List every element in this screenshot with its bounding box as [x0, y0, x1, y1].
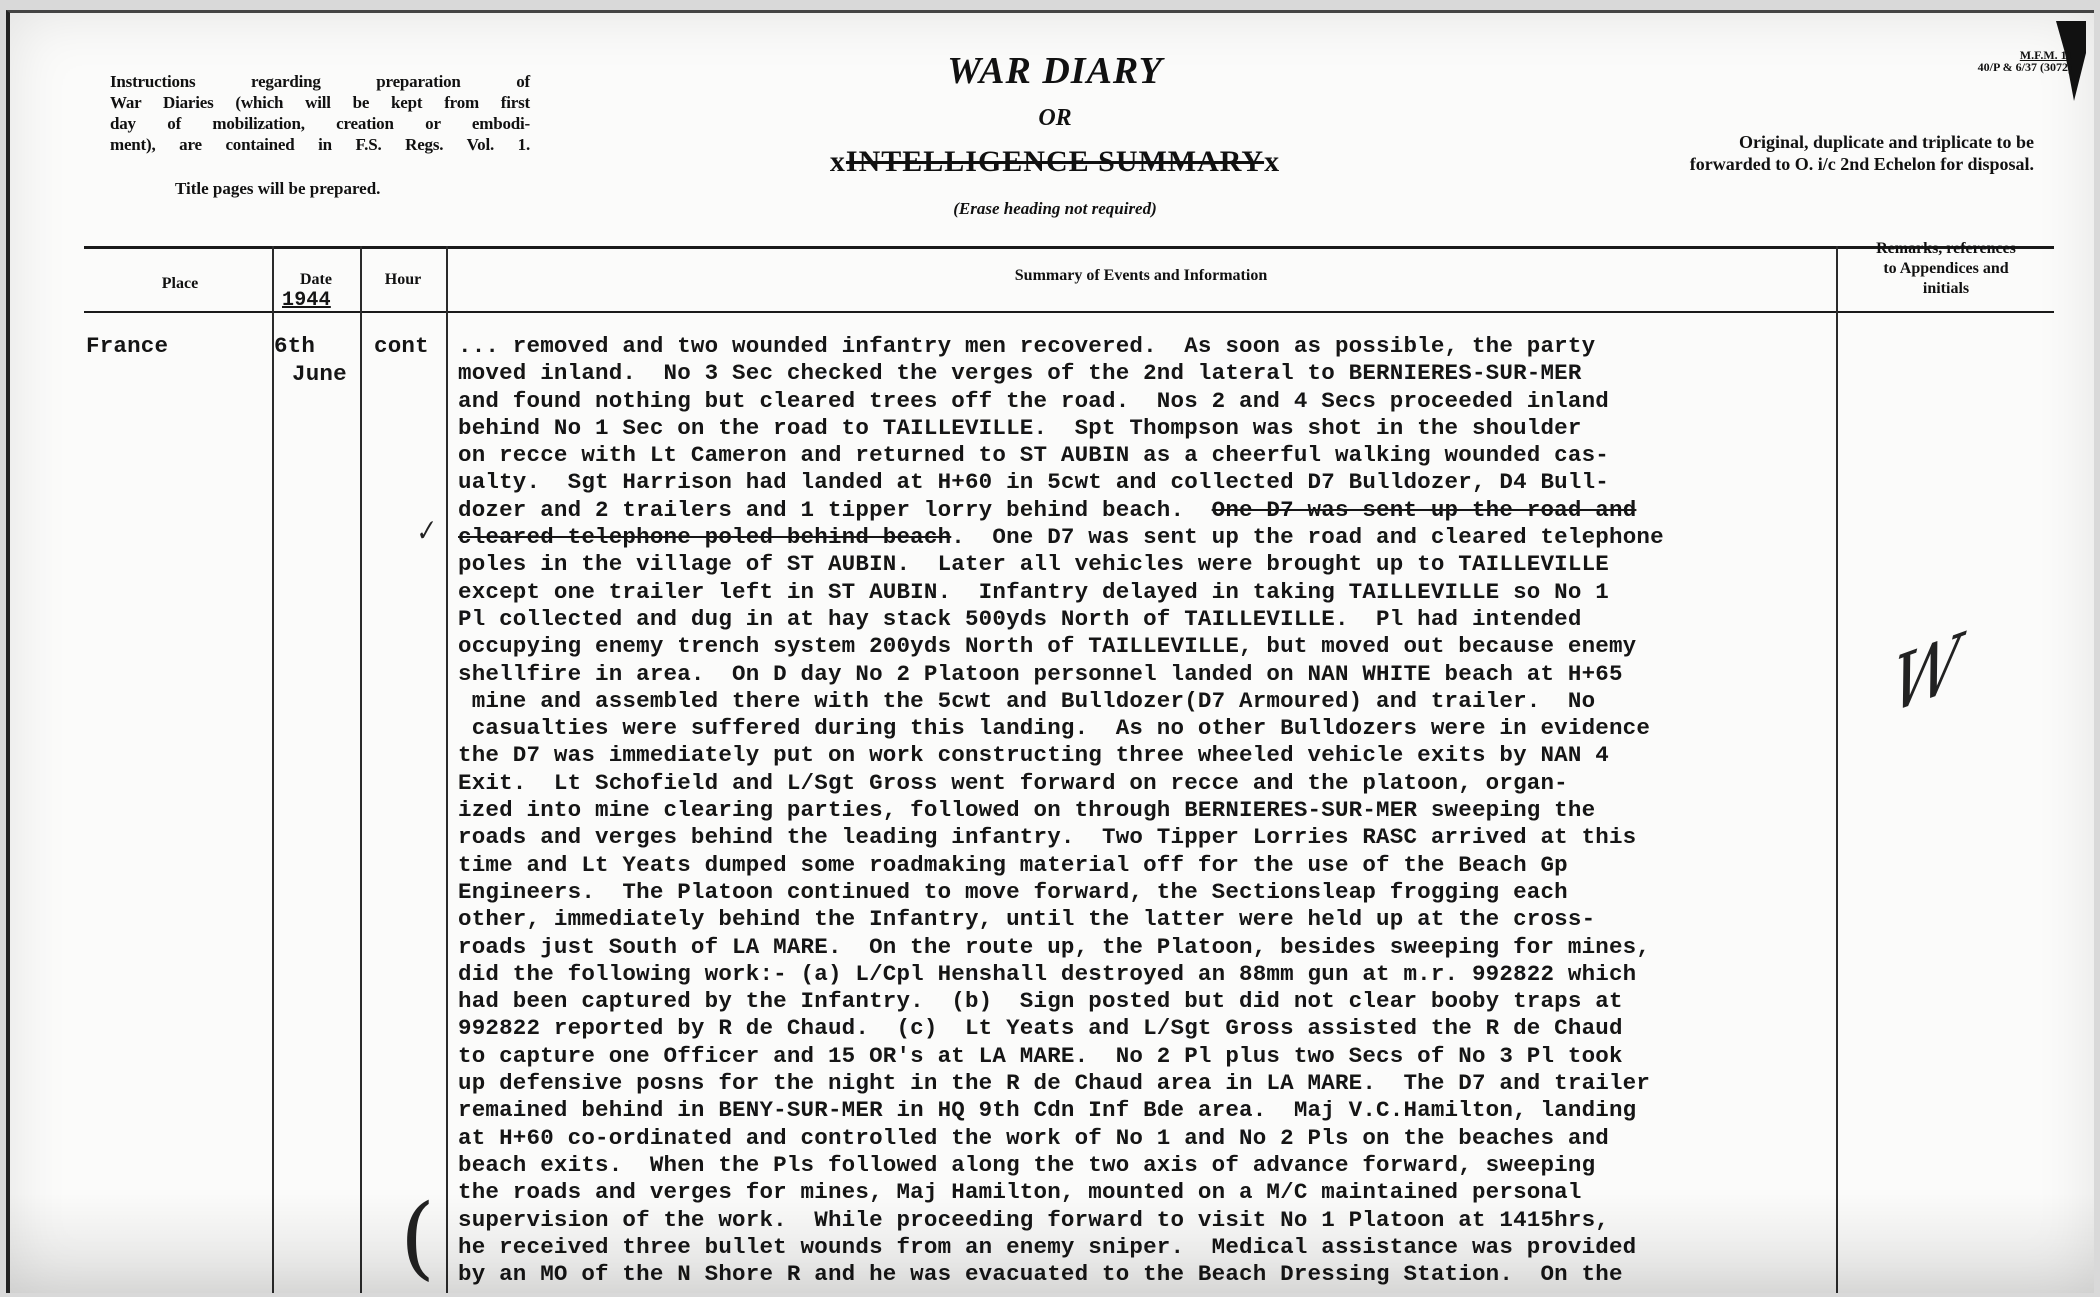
distribution-note: Original, duplicate and triplicate to be…	[1554, 131, 2034, 175]
summary-text: shellfire in area. On D day No 2 Platoon…	[458, 661, 1623, 687]
page-title: WAR DIARY	[10, 49, 2100, 93]
summary-line: Engineers. The Platoon continued to move…	[458, 879, 1958, 906]
col-divider-place-date	[272, 246, 274, 1293]
summary-text: had been captured by the Infantry. (b) S…	[458, 988, 1623, 1014]
summary-line: the D7 was immediately put on work const…	[458, 742, 1958, 769]
summary-text: other, immediately behind the Infantry, …	[458, 906, 1595, 932]
remarks-header-line: to Appendices and	[1838, 259, 2054, 279]
summary-text: poles in the village of ST AUBIN. Later …	[458, 551, 1609, 577]
form-reference: M.F.M. 11 40/P & 6/37 (3072)	[1978, 49, 2072, 73]
summary-line: time and Lt Yeats dumped some roadmaking…	[458, 852, 1958, 879]
summary-line: supervision of the work. While proceedin…	[458, 1207, 1958, 1234]
column-header-date: Date	[272, 271, 360, 289]
summary-line: 992822 reported by R de Chaud. (c) Lt Ye…	[458, 1015, 1958, 1042]
summary-line: ualty. Sgt Harrison had landed at H+60 i…	[458, 469, 1958, 496]
summary-line: roads and verges behind the leading infa…	[458, 824, 1958, 851]
summary-text: remained behind in BENY-SUR-MER in HQ 9t…	[458, 1097, 1636, 1123]
summary-line: Pl collected and dug in at hay stack 500…	[458, 606, 1958, 633]
summary-line: to capture one Officer and 15 OR's at LA…	[458, 1043, 1958, 1070]
summary-text: to capture one Officer and 15 OR's at LA…	[458, 1043, 1623, 1069]
summary-text: ualty. Sgt Harrison had landed at H+60 i…	[458, 469, 1609, 495]
intel-suffix: x	[1264, 145, 1280, 178]
summary-text: dozer and 2 trailers and 1 tipper lorry …	[458, 497, 1212, 523]
summary-line: except one trailer left in ST AUBIN. Inf…	[458, 579, 1958, 606]
summary-text: roads just South of LA MARE. On the rout…	[458, 934, 1650, 960]
summary-line: and found nothing but cleared trees off …	[458, 388, 1958, 415]
summary-text: the D7 was immediately put on work const…	[458, 742, 1609, 768]
entry-hour: cont	[374, 333, 429, 359]
entry-date-month: June	[292, 361, 347, 387]
distribution-line1: Original, duplicate and triplicate to be	[1554, 131, 2034, 153]
summary-line: mine and assembled there with the 5cwt a…	[458, 688, 1958, 715]
summary-text: supervision of the work. While proceedin…	[458, 1207, 1609, 1233]
entry-place: France	[86, 333, 168, 359]
struck-text: One D7 was sent up the road and	[1212, 497, 1637, 523]
form-ref-line2: 40/P & 6/37 (3072)	[1978, 61, 2072, 73]
summary-text: ... removed and two wounded infantry men…	[458, 333, 1595, 359]
remarks-header-line: initials	[1838, 279, 2054, 299]
summary-line: behind No 1 Sec on the road to TAILLEVIL…	[458, 415, 1958, 442]
summary-text: beach exits. When the Pls followed along…	[458, 1152, 1595, 1178]
summary-text: . One D7 was sent up the road and cleare…	[951, 524, 1664, 550]
summary-line: at H+60 co-ordinated and controlled the …	[458, 1125, 1958, 1152]
distribution-line2: forwarded to O. i/c 2nd Echelon for disp…	[1554, 153, 2034, 175]
remarks-header-rule	[1836, 311, 2054, 313]
summary-line: he received three bullet wounds from an …	[458, 1234, 1958, 1261]
column-header-hour: Hour	[360, 271, 446, 289]
remarks-header-line: Remarks, references	[1838, 239, 2054, 259]
summary-line: cleared telephone poled behind beach. On…	[458, 524, 1958, 551]
summary-text: the roads and verges for mines, Maj Hami…	[458, 1179, 1582, 1205]
summary-line: on recce with Lt Cameron and returned to…	[458, 442, 1958, 469]
summary-of-events: ... removed and two wounded infantry men…	[458, 333, 1958, 1288]
intel-struck-text: INTELLIGENCE SUMMARY	[846, 145, 1264, 178]
summary-text: and found nothing but cleared trees off …	[458, 388, 1609, 414]
summary-line: had been captured by the Infantry. (b) S…	[458, 988, 1958, 1015]
summary-text: Engineers. The Platoon continued to move…	[458, 879, 1568, 905]
summary-text: did the following work:- (a) L/Cpl Hensh…	[458, 961, 1636, 987]
summary-text: by an MO of the N Shore R and he was eva…	[458, 1261, 1623, 1287]
summary-text: except one trailer left in ST AUBIN. Inf…	[458, 579, 1609, 605]
col-divider-date-hour	[360, 246, 362, 1293]
summary-line: shellfire in area. On D day No 2 Platoon…	[458, 661, 1958, 688]
summary-text: behind No 1 Sec on the road to TAILLEVIL…	[458, 415, 1582, 441]
summary-text: he received three bullet wounds from an …	[458, 1234, 1636, 1260]
summary-text: on recce with Lt Cameron and returned to…	[458, 442, 1609, 468]
summary-line: occupying enemy trench system 200yds Nor…	[458, 633, 1958, 660]
title-pages-note: Title pages will be prepared.	[175, 179, 380, 199]
hour-margin-bracket: (	[400, 1185, 435, 1290]
summary-line: other, immediately behind the Infantry, …	[458, 906, 1958, 933]
summary-line: by an MO of the N Shore R and he was eva…	[458, 1261, 1958, 1288]
summary-text: moved inland. No 3 Sec checked the verge…	[458, 360, 1582, 386]
summary-text: Exit. Lt Schofield and L/Sgt Gross went …	[458, 770, 1568, 796]
summary-line: ... removed and two wounded infantry men…	[458, 333, 1958, 360]
col-divider-hour-summary	[446, 246, 448, 1293]
summary-line: casualties were suffered during this lan…	[458, 715, 1958, 742]
summary-line: did the following work:- (a) L/Cpl Hensh…	[458, 961, 1958, 988]
summary-text: ized into mine clearing parties, followe…	[458, 797, 1595, 823]
summary-line: beach exits. When the Pls followed along…	[458, 1152, 1958, 1179]
summary-line: remained behind in BENY-SUR-MER in HQ 9t…	[458, 1097, 1958, 1124]
column-header-place: Place	[90, 275, 270, 293]
summary-text: mine and assembled there with the 5cwt a…	[458, 688, 1595, 714]
summary-line: poles in the village of ST AUBIN. Later …	[458, 551, 1958, 578]
title-or: OR	[10, 105, 2100, 132]
summary-text: 992822 reported by R de Chaud. (c) Lt Ye…	[458, 1015, 1623, 1041]
column-header-remarks: Remarks, references to Appendices and in…	[1838, 239, 2054, 299]
entry-date-day: 6th	[274, 333, 315, 359]
struck-text: cleared telephone poled behind beach	[458, 524, 951, 550]
column-header-summary: Summary of Events and Information	[446, 267, 1836, 285]
intel-prefix: x	[830, 145, 846, 178]
margin-tick-mark: ✓	[410, 515, 439, 550]
summary-line: roads just South of LA MARE. On the rout…	[458, 934, 1958, 961]
summary-text: occupying enemy trench system 200yds Nor…	[458, 633, 1636, 659]
summary-line: the roads and verges for mines, Maj Hami…	[458, 1179, 1958, 1206]
summary-text: roads and verges behind the leading infa…	[458, 824, 1636, 850]
date-year: 1944	[282, 289, 331, 312]
header-bottom-rule	[84, 311, 1844, 313]
summary-line: moved inland. No 3 Sec checked the verge…	[458, 360, 1958, 387]
war-diary-page: Instructions regarding preparation of Wa…	[6, 10, 2094, 1293]
summary-text: time and Lt Yeats dumped some roadmaking…	[458, 852, 1568, 878]
summary-text: at H+60 co-ordinated and controlled the …	[458, 1125, 1609, 1151]
summary-text: Pl collected and dug in at hay stack 500…	[458, 606, 1582, 632]
summary-line: Exit. Lt Schofield and L/Sgt Gross went …	[458, 770, 1958, 797]
summary-line: dozer and 2 trailers and 1 tipper lorry …	[458, 497, 1958, 524]
summary-line: up defensive posns for the night in the …	[458, 1070, 1958, 1097]
summary-text: up defensive posns for the night in the …	[458, 1070, 1650, 1096]
summary-text: casualties were suffered during this lan…	[458, 715, 1650, 741]
summary-line: ized into mine clearing parties, followe…	[458, 797, 1958, 824]
erase-heading-note: (Erase heading not required)	[10, 199, 2100, 219]
table-top-rule	[84, 246, 2054, 249]
